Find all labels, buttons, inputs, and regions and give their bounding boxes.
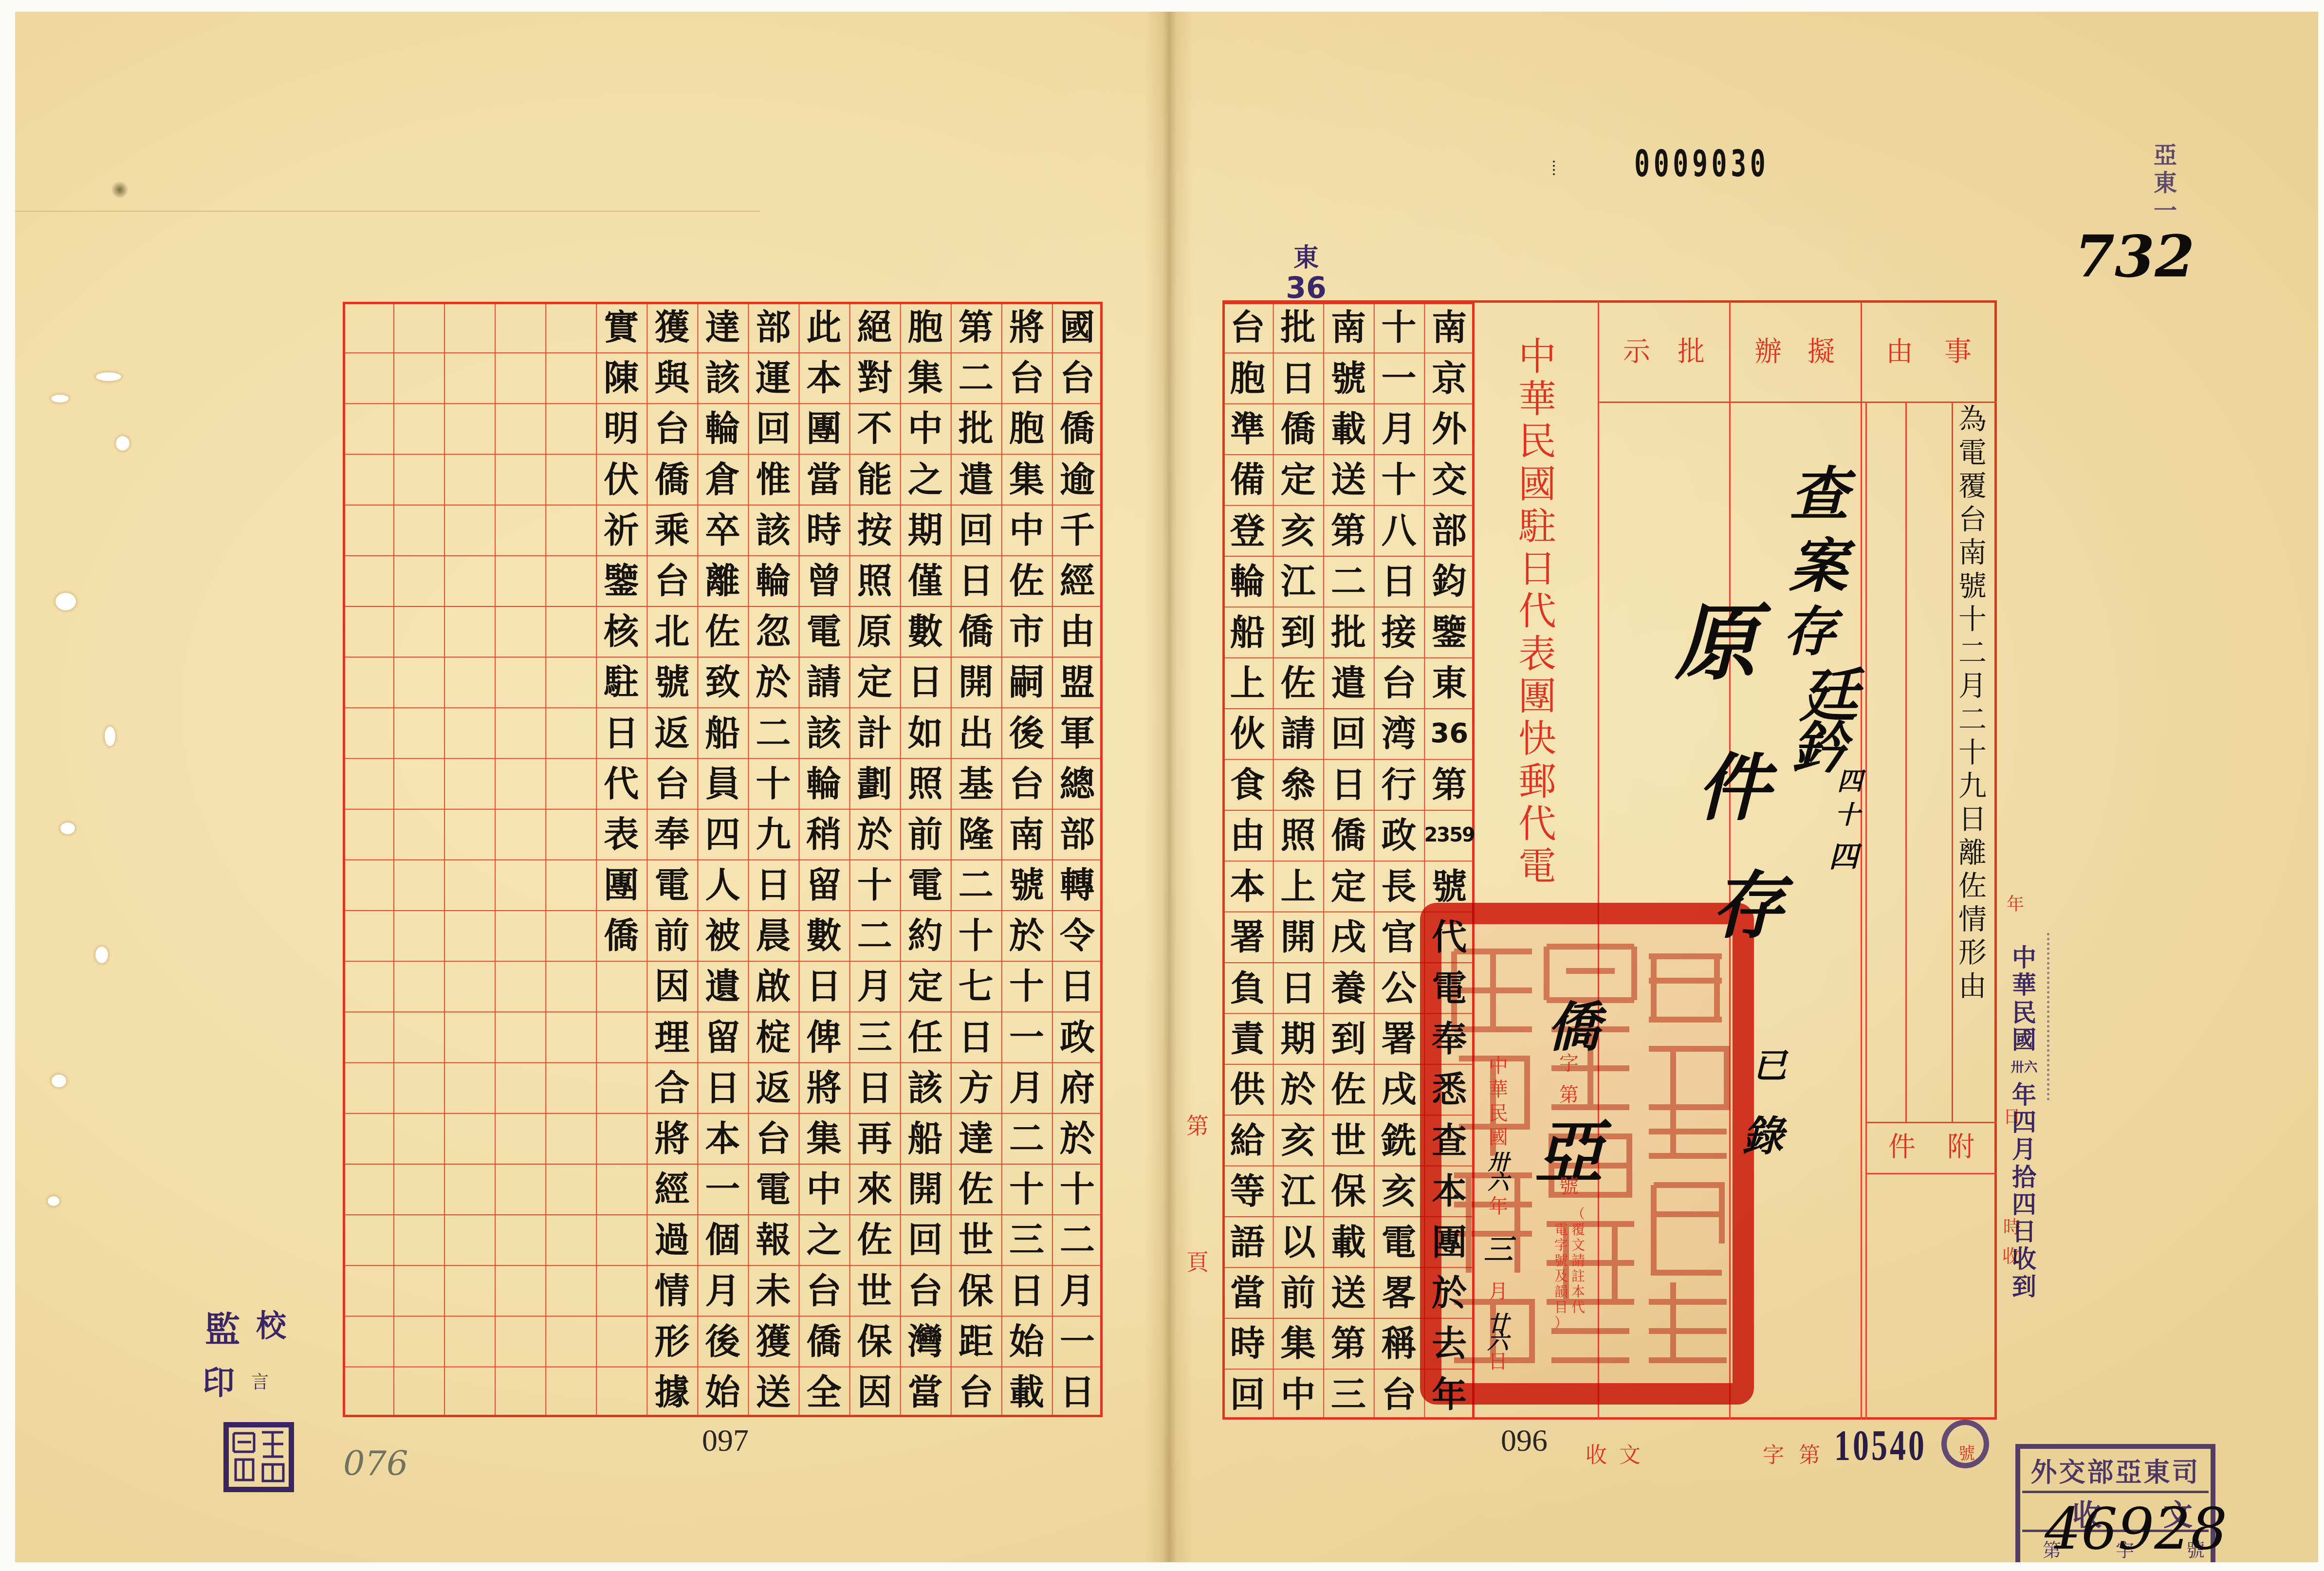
manuscript-character: 開 [1273,912,1324,962]
manuscript-character: 第 [1323,1318,1374,1369]
manuscript-character: 團 [799,403,849,454]
manuscript-character: 台 [1374,1369,1424,1420]
seal-note-character: 韻 [1553,1284,1569,1300]
seal-note-character: 註 [1570,1269,1586,1284]
letterhead-character: 國 [1511,463,1564,506]
manuscript-character: 登 [1222,505,1273,556]
manuscript-character: 胞 [1001,403,1052,454]
receipt-date-character: 華 [2010,971,2039,999]
manuscript-character: 載 [1323,1216,1374,1267]
manuscript-character: 員 [697,758,748,809]
manuscript-character: 七 [951,961,1001,1011]
subject-character: 形 [1955,936,1990,969]
manuscript-character: 致 [697,657,748,707]
manuscript-character: 俾 [799,1012,849,1062]
manuscript-character: 上 [1273,861,1324,912]
manuscript-character: 回 [951,505,1001,555]
manuscript-character: 台 [1374,658,1424,708]
manuscript-character: 佐 [1001,555,1052,606]
manuscript-character: 數 [799,910,849,961]
manuscript-character: 日 [1273,962,1324,1013]
manuscript-character: 前 [900,809,951,859]
pencil-number: 076 [343,1446,408,1480]
manuscript-character: 該 [900,1062,951,1113]
manuscript-character: 電 [900,859,951,910]
subject-character: 日 [1955,803,1990,836]
seal-note-character: 號 [1553,1253,1569,1269]
subject-character: 台 [1955,503,1990,536]
receipt-date-character: 收 [2010,1245,2039,1273]
box-stamp-office: 外交部亞東司 [2020,1457,2211,1488]
manuscript-character: 36 [1424,708,1475,759]
receipt-date-character: 年 [2010,1081,2039,1109]
manuscript-character: 出 [951,707,1001,758]
manuscript-character: 陳 [596,352,646,403]
manuscript-character: 中 [799,1164,849,1214]
manuscript-character: 江 [1273,556,1324,606]
manuscript-character: 十 [1374,302,1424,352]
manuscript-character: 日 [799,961,849,1011]
manuscript-character: 僑 [1323,810,1374,860]
letterhead-character: 民 [1511,421,1564,463]
receipt-date-character: 中 [2010,944,2039,971]
manuscript-character: 日 [951,1012,1001,1062]
manuscript-character: 日 [1323,759,1374,810]
seal-year-label: 年 [1486,1194,1511,1219]
manuscript-character: 保 [951,1265,1001,1315]
subject-character: 二 [1955,636,1990,670]
manuscript-character: 本 [697,1113,748,1164]
manuscript-character: 九 [748,809,799,859]
manuscript-character: 照 [849,555,900,606]
manuscript-character: 於 [1273,1064,1324,1114]
attachment-row-divider [1865,1173,1997,1174]
section-stamp-character: 一 [2152,197,2179,224]
manuscript-character: 千 [1052,505,1103,555]
manuscript-character: 中 [1001,505,1052,555]
folio-number: 732 [2075,228,2195,285]
proposed-action-date: 四 [1833,765,1866,798]
manuscript-character: 軍 [1052,707,1103,758]
manuscript-character: 照 [1273,810,1324,860]
manuscript-character: 據 [646,1367,697,1417]
archive-number: 0009030 [1634,146,1769,183]
manuscript-character: 準 [1222,403,1273,454]
manuscript-character: 政 [1052,1012,1103,1062]
instruction-handwriting: 件 [1686,740,1781,835]
letterhead-character: 代 [1511,803,1564,845]
manuscript-character: 定 [900,961,951,1011]
punch-hole [96,372,121,381]
right-page-number: 096 [1493,1425,1556,1456]
manuscript-character: 以 [1273,1216,1324,1267]
manuscript-character: 中 [900,403,951,454]
manuscript-character: 府 [1052,1062,1103,1113]
seal-note-character: 本 [1570,1284,1586,1300]
manuscript-character: 僑 [646,454,697,505]
manuscript-character: 代 [596,758,646,809]
manuscript-character: 南 [1323,302,1374,352]
manuscript-character: 二 [849,910,900,961]
manuscript-character: 佐 [849,1214,900,1265]
seal-era-character: 國 [1489,1125,1508,1149]
manuscript-character: 理 [646,1012,697,1062]
manuscript-character: 輪 [697,403,748,454]
manuscript-character: 本 [1222,861,1273,912]
manuscript-character: 世 [849,1265,900,1315]
manuscript-character: 表 [596,809,646,859]
manuscript-character: 送 [748,1367,799,1417]
manuscript-character: 留 [697,1012,748,1062]
manuscript-character: 佐 [1273,658,1324,708]
seal-note-character: 請 [1570,1253,1586,1269]
manuscript-character: 如 [900,707,951,758]
manuscript-character: 始 [697,1367,748,1417]
receipt-form-label: 年 [2004,894,2027,916]
manuscript-character: 日 [1001,1265,1052,1315]
seal-glyph-icon [229,1427,289,1487]
manuscript-character: 八 [1374,505,1424,556]
manuscript-character: 返 [646,707,697,758]
manuscript-character: 十 [1001,961,1052,1011]
manuscript-character: 十 [748,758,799,809]
manuscript-character: 二 [1323,556,1374,606]
manuscript-character: 官 [1374,912,1424,962]
manuscript-character: 船 [900,1113,951,1164]
manuscript-character: 日 [900,657,951,707]
manuscript-character: 本 [799,352,849,403]
word-label-char-1: 字 [1759,1442,1788,1470]
manuscript-character: 集 [900,352,951,403]
header-subject-char-1: 事 [1940,334,1975,369]
receipt-date-character: 到 [2010,1273,2039,1300]
punch-hole [95,947,108,963]
manuscript-character: 令 [1052,910,1103,961]
incoming-stamp-label: 東 [1290,241,1323,274]
manuscript-character: 此 [799,302,849,352]
left-page-number: 097 [694,1425,757,1456]
seal-note-character: （ [1570,1206,1586,1222]
subject-character: 十 [1955,736,1990,769]
manuscript-character: 二 [1001,1113,1052,1164]
seal-ordinal-label: 第 [1556,1082,1582,1108]
manuscript-character: 稍 [799,809,849,859]
manuscript-character: 該 [748,505,799,555]
receipt-date-character: 拾 [2010,1163,2039,1190]
manuscript-character: 伏 [596,454,646,505]
punch-hole [105,727,115,746]
instruction-mark: 已 [1748,1043,1792,1088]
instruction-mark: 錄 [1736,1110,1789,1163]
manuscript-character: 期 [900,505,951,555]
manuscript-character: 亥 [1273,1115,1324,1166]
manuscript-character: 稱 [1374,1318,1424,1369]
manuscript-character: 送 [1323,1267,1374,1318]
manuscript-character: 將 [646,1113,697,1164]
manuscript-character: 僑 [1273,403,1324,454]
attachment-label-char-2: 件 [1884,1130,1919,1165]
subject-subcolumn-divider [1952,402,1953,1122]
manuscript-character: 基 [951,758,1001,809]
manuscript-character: 號 [646,657,697,707]
manuscript-character: 號 [1001,859,1052,910]
paper-crease [15,211,760,212]
manuscript-character: 開 [900,1164,951,1214]
manuscript-character: 劃 [849,758,900,809]
manuscript-character: 運 [748,352,799,403]
manuscript-character: 戌 [1323,912,1374,962]
manuscript-character: 十 [849,859,900,910]
manuscript-character: 船 [1222,606,1273,657]
manuscript-character: 負 [1222,962,1273,1013]
manuscript-character: 按 [849,505,900,555]
manuscript-character: 期 [1273,1013,1324,1064]
manuscript-character: 全 [799,1367,849,1417]
manuscript-character: 一 [697,1164,748,1214]
seal-note-character: 文 [1570,1238,1586,1253]
manuscript-character: 該 [697,352,748,403]
manuscript-character: 原 [849,606,900,657]
manuscript-character: 遣 [951,454,1001,505]
manuscript-character: 月 [1001,1062,1052,1113]
header-instruction-char-2: 示 [1619,334,1654,369]
doc-label-char-1: 收 [1582,1442,1610,1470]
manuscript-character: 將 [799,1062,849,1113]
section-stamp-character: 亞 [2152,141,2179,169]
manuscript-character: 時 [1222,1318,1273,1369]
subject-character: 為 [1955,402,1990,436]
manuscript-character: 二 [951,352,1001,403]
punch-hole [55,593,76,610]
doc-number: 10540 [1834,1424,1927,1467]
punch-hole [48,1196,59,1206]
letterhead-character: 郵 [1511,761,1564,803]
manuscript-character: 船 [697,707,748,758]
manuscript-character: 因 [646,961,697,1011]
manuscript-character: 當 [900,1367,951,1417]
manuscript-character: 請 [1273,708,1324,759]
proofing-mark: 言 [249,1371,271,1394]
manuscript-character: 當 [799,454,849,505]
manuscript-character: 一 [1374,352,1424,403]
manuscript-character: 到 [1273,606,1324,657]
proposed-action-date: 四 [1825,838,1863,876]
manuscript-character: 絕 [849,302,900,352]
manuscript-character: 電 [748,1164,799,1214]
manuscript-character: 獲 [748,1316,799,1367]
manuscript-character: 轉 [1052,859,1103,910]
manuscript-character: 能 [849,454,900,505]
manuscript-character: 開 [951,657,1001,707]
manuscript-character: 台 [646,403,697,454]
receipt-date-character: 國 [2010,1026,2039,1054]
proposed-action-date: 十 [1831,799,1864,832]
punch-hole [116,436,129,451]
manuscript-character: 隆 [951,809,1001,859]
manuscript-character: 日 [596,707,646,758]
seal-note-character: 及 [1553,1269,1569,1284]
letterhead-character: 日 [1511,548,1564,591]
manuscript-character: 批 [1323,606,1374,657]
manuscript-character: 情 [646,1265,697,1315]
manuscript-character: 備 [1222,454,1273,505]
manuscript-character: 批 [951,403,1001,454]
seal-era-character: 中 [1489,1054,1508,1078]
manuscript-character: 台 [646,555,697,606]
manuscript-character: 銑 [1374,1115,1424,1166]
subject-character: 號 [1955,569,1990,603]
manuscript-character: 輪 [1222,556,1273,606]
manuscript-character: 忽 [748,606,799,657]
manuscript-character: 實 [596,302,646,352]
manuscript-character: 始 [1001,1316,1052,1367]
manuscript-character: 祈 [596,505,646,555]
manuscript-character: 供 [1222,1064,1273,1114]
manuscript-character: 日 [1374,556,1424,606]
receipt-date-character: 四 [2010,1109,2039,1136]
manuscript-character: 集 [1001,454,1052,505]
proposed-action-handwriting: 查 [1781,457,1857,532]
manuscript-character: 政 [1374,810,1424,860]
manuscript-character: 送 [1323,454,1374,505]
manuscript-character: 月 [1052,1265,1103,1315]
manuscript-character: 灣 [900,1316,951,1367]
manuscript-character: 乘 [646,505,697,555]
seal-month-label: 月 [1486,1279,1511,1304]
manuscript-character: 於 [1052,1113,1103,1164]
manuscript-character: 獲 [646,302,697,352]
manuscript-character: 台 [1001,352,1052,403]
manuscript-character: 將 [1001,302,1052,352]
seal-note-character: 代 [1570,1300,1586,1315]
manuscript-character: 國 [1052,302,1103,352]
manuscript-character: 署 [1374,1013,1424,1064]
manuscript-character: 部 [1424,505,1475,556]
supervisor-seal-label-1: 監 [200,1307,245,1352]
manuscript-character: 定 [1273,454,1324,505]
manuscript-character: 給 [1222,1115,1273,1166]
manuscript-character: 照 [900,758,951,809]
manuscript-character: 時 [799,505,849,555]
manuscript-character: 約 [900,910,951,961]
manuscript-character: 前 [646,910,697,961]
manuscript-character: 十 [951,910,1001,961]
manuscript-character: 返 [748,1062,799,1113]
manuscript-character: 叅 [1273,759,1324,810]
manuscript-character: 鑒 [596,555,646,606]
letterhead-character: 快 [1511,718,1564,761]
manuscript-character: 第 [951,302,1001,352]
manuscript-character: 未 [748,1265,799,1315]
manuscript-character: 團 [596,859,646,910]
manuscript-character: 嗣 [1001,657,1052,707]
personal-seal-square [223,1422,294,1492]
receipt-date-character: 卅六 [2010,1054,2039,1081]
letterhead-character: 代 [1511,591,1564,633]
manuscript-character: 戌 [1374,1064,1424,1114]
subject-character: 電 [1955,436,1990,470]
manuscript-character: 北 [646,606,697,657]
manuscript-character: 逾 [1052,454,1103,505]
manuscript-character: 保 [849,1316,900,1367]
supervisor-seal-label-2: 印 [198,1362,240,1404]
manuscript-character: 鈞 [1424,556,1475,606]
manuscript-character: 回 [1222,1369,1273,1420]
form-header-divider [1598,402,1997,403]
manuscript-character: 月 [697,1265,748,1315]
ink-spot [111,181,129,199]
seal-number-label: 號 [1556,1174,1582,1199]
manuscript-character: 台 [951,1367,1001,1417]
subject-subcolumn-divider [1905,402,1907,1122]
letterhead-character: 中 [1511,336,1564,378]
manuscript-character: 日 [1052,1367,1103,1417]
manuscript-character: 由 [1222,810,1273,860]
manuscript-character: 四 [697,809,748,859]
manuscript-character: 南 [1001,809,1052,859]
manuscript-character: 上 [1222,658,1273,708]
manuscript-character: 與 [646,352,697,403]
manuscript-character: 明 [596,403,646,454]
manuscript-character: 三 [1001,1214,1052,1265]
manuscript-character: 電 [799,606,849,657]
manuscript-character: 於 [748,657,799,707]
seal-note-character: 電 [1553,1222,1569,1238]
manuscript-character: 等 [1222,1166,1273,1216]
form-divider [1865,402,1867,1420]
letterhead-character: 駐 [1511,506,1564,548]
manuscript-character: 胞 [1222,352,1273,403]
manuscript-character: 行 [1374,759,1424,810]
manuscript-character: 日 [697,1062,748,1113]
manuscript-character: 佐 [951,1164,1001,1214]
manuscript-character: 遺 [697,961,748,1011]
manuscript-character: 合 [646,1062,697,1113]
manuscript-character: 接 [1374,606,1424,657]
manuscript-character: 三 [849,1012,900,1062]
manuscript-character: 湾 [1374,708,1424,759]
manuscript-character: 世 [1323,1115,1374,1166]
manuscript-character: 距 [951,1316,1001,1367]
header-proposed-action-char-2: 辦 [1751,334,1786,369]
punch-hole [51,395,69,402]
manuscript-character: 三 [1323,1369,1374,1420]
manuscript-character: 中 [1273,1369,1324,1420]
letterhead-character: 電 [1511,846,1564,888]
manuscript-character: 保 [1323,1166,1374,1216]
manuscript-character: 十 [1374,454,1424,505]
subject-character: 十 [1955,603,1990,636]
manuscript-character: 回 [900,1214,951,1265]
manuscript-character: 日 [1273,352,1324,403]
manuscript-character: 再 [849,1113,900,1164]
box-stamp-divider [2022,1491,2209,1493]
manuscript-character: 亥 [1374,1166,1424,1216]
manuscript-character: 回 [748,403,799,454]
manuscript-character: 集 [1273,1318,1324,1369]
manuscript-character: 語 [1222,1216,1273,1267]
manuscript-character: 載 [1001,1367,1052,1417]
manuscript-character: 數 [900,606,951,657]
manuscript-character: 達 [697,302,748,352]
manuscript-character: 因 [849,1367,900,1417]
seal-word-label: 字 [1556,1051,1582,1076]
manuscript-character: 第 [1323,505,1374,556]
manuscript-character: 留 [799,859,849,910]
manuscript-character: 總 [1052,758,1103,809]
page-marker-prefix: 第 [1183,1111,1212,1140]
seal-note-character: 字 [1553,1238,1569,1253]
